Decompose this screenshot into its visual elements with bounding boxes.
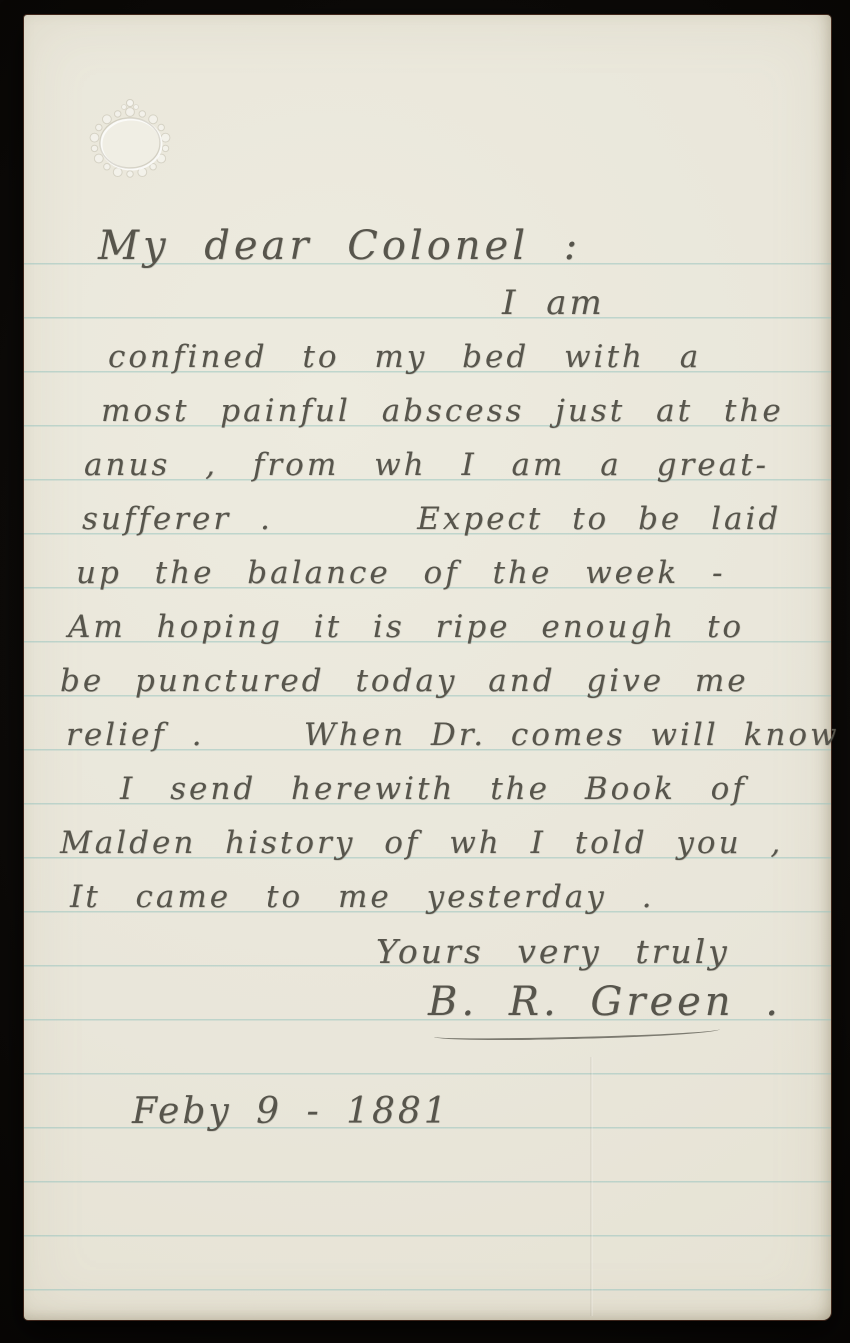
salutation: My dear Colonel : [98, 226, 581, 266]
handwriting-line: Malden history of wh I told you , [60, 828, 783, 859]
handwriting-line: I am [502, 286, 605, 320]
closing: Yours very truly [376, 935, 730, 968]
handwriting-line: Am hoping it is ripe enough to [68, 612, 744, 643]
handwriting-line: anus , from wh I am a great- [84, 450, 769, 481]
letter-paper: My dear Colonel : I amconfined to my bed… [24, 15, 831, 1320]
handwriting-line: relief . When Dr. comes will know , [66, 720, 850, 751]
handwriting-line: I send herewith the Book of [120, 774, 747, 805]
embossed-seal-icon [82, 87, 178, 187]
handwriting-line: up the balance of the week - [76, 558, 726, 589]
handwriting-line: It came to me yesterday . [70, 882, 655, 913]
signature: B. R. Green . [428, 982, 782, 1022]
handwriting-line: confined to my bed with a [108, 342, 701, 373]
fold-crease [590, 1057, 593, 1316]
handwriting-line: most painful abscess just at the [101, 396, 784, 427]
handwriting-line: sufferer . Expect to be laid [82, 504, 781, 535]
handwriting-line: be punctured today and give me [60, 666, 749, 697]
date-line: Feby 9 - 1881 [132, 1094, 450, 1130]
scan-background: My dear Colonel : I amconfined to my bed… [0, 0, 850, 1343]
